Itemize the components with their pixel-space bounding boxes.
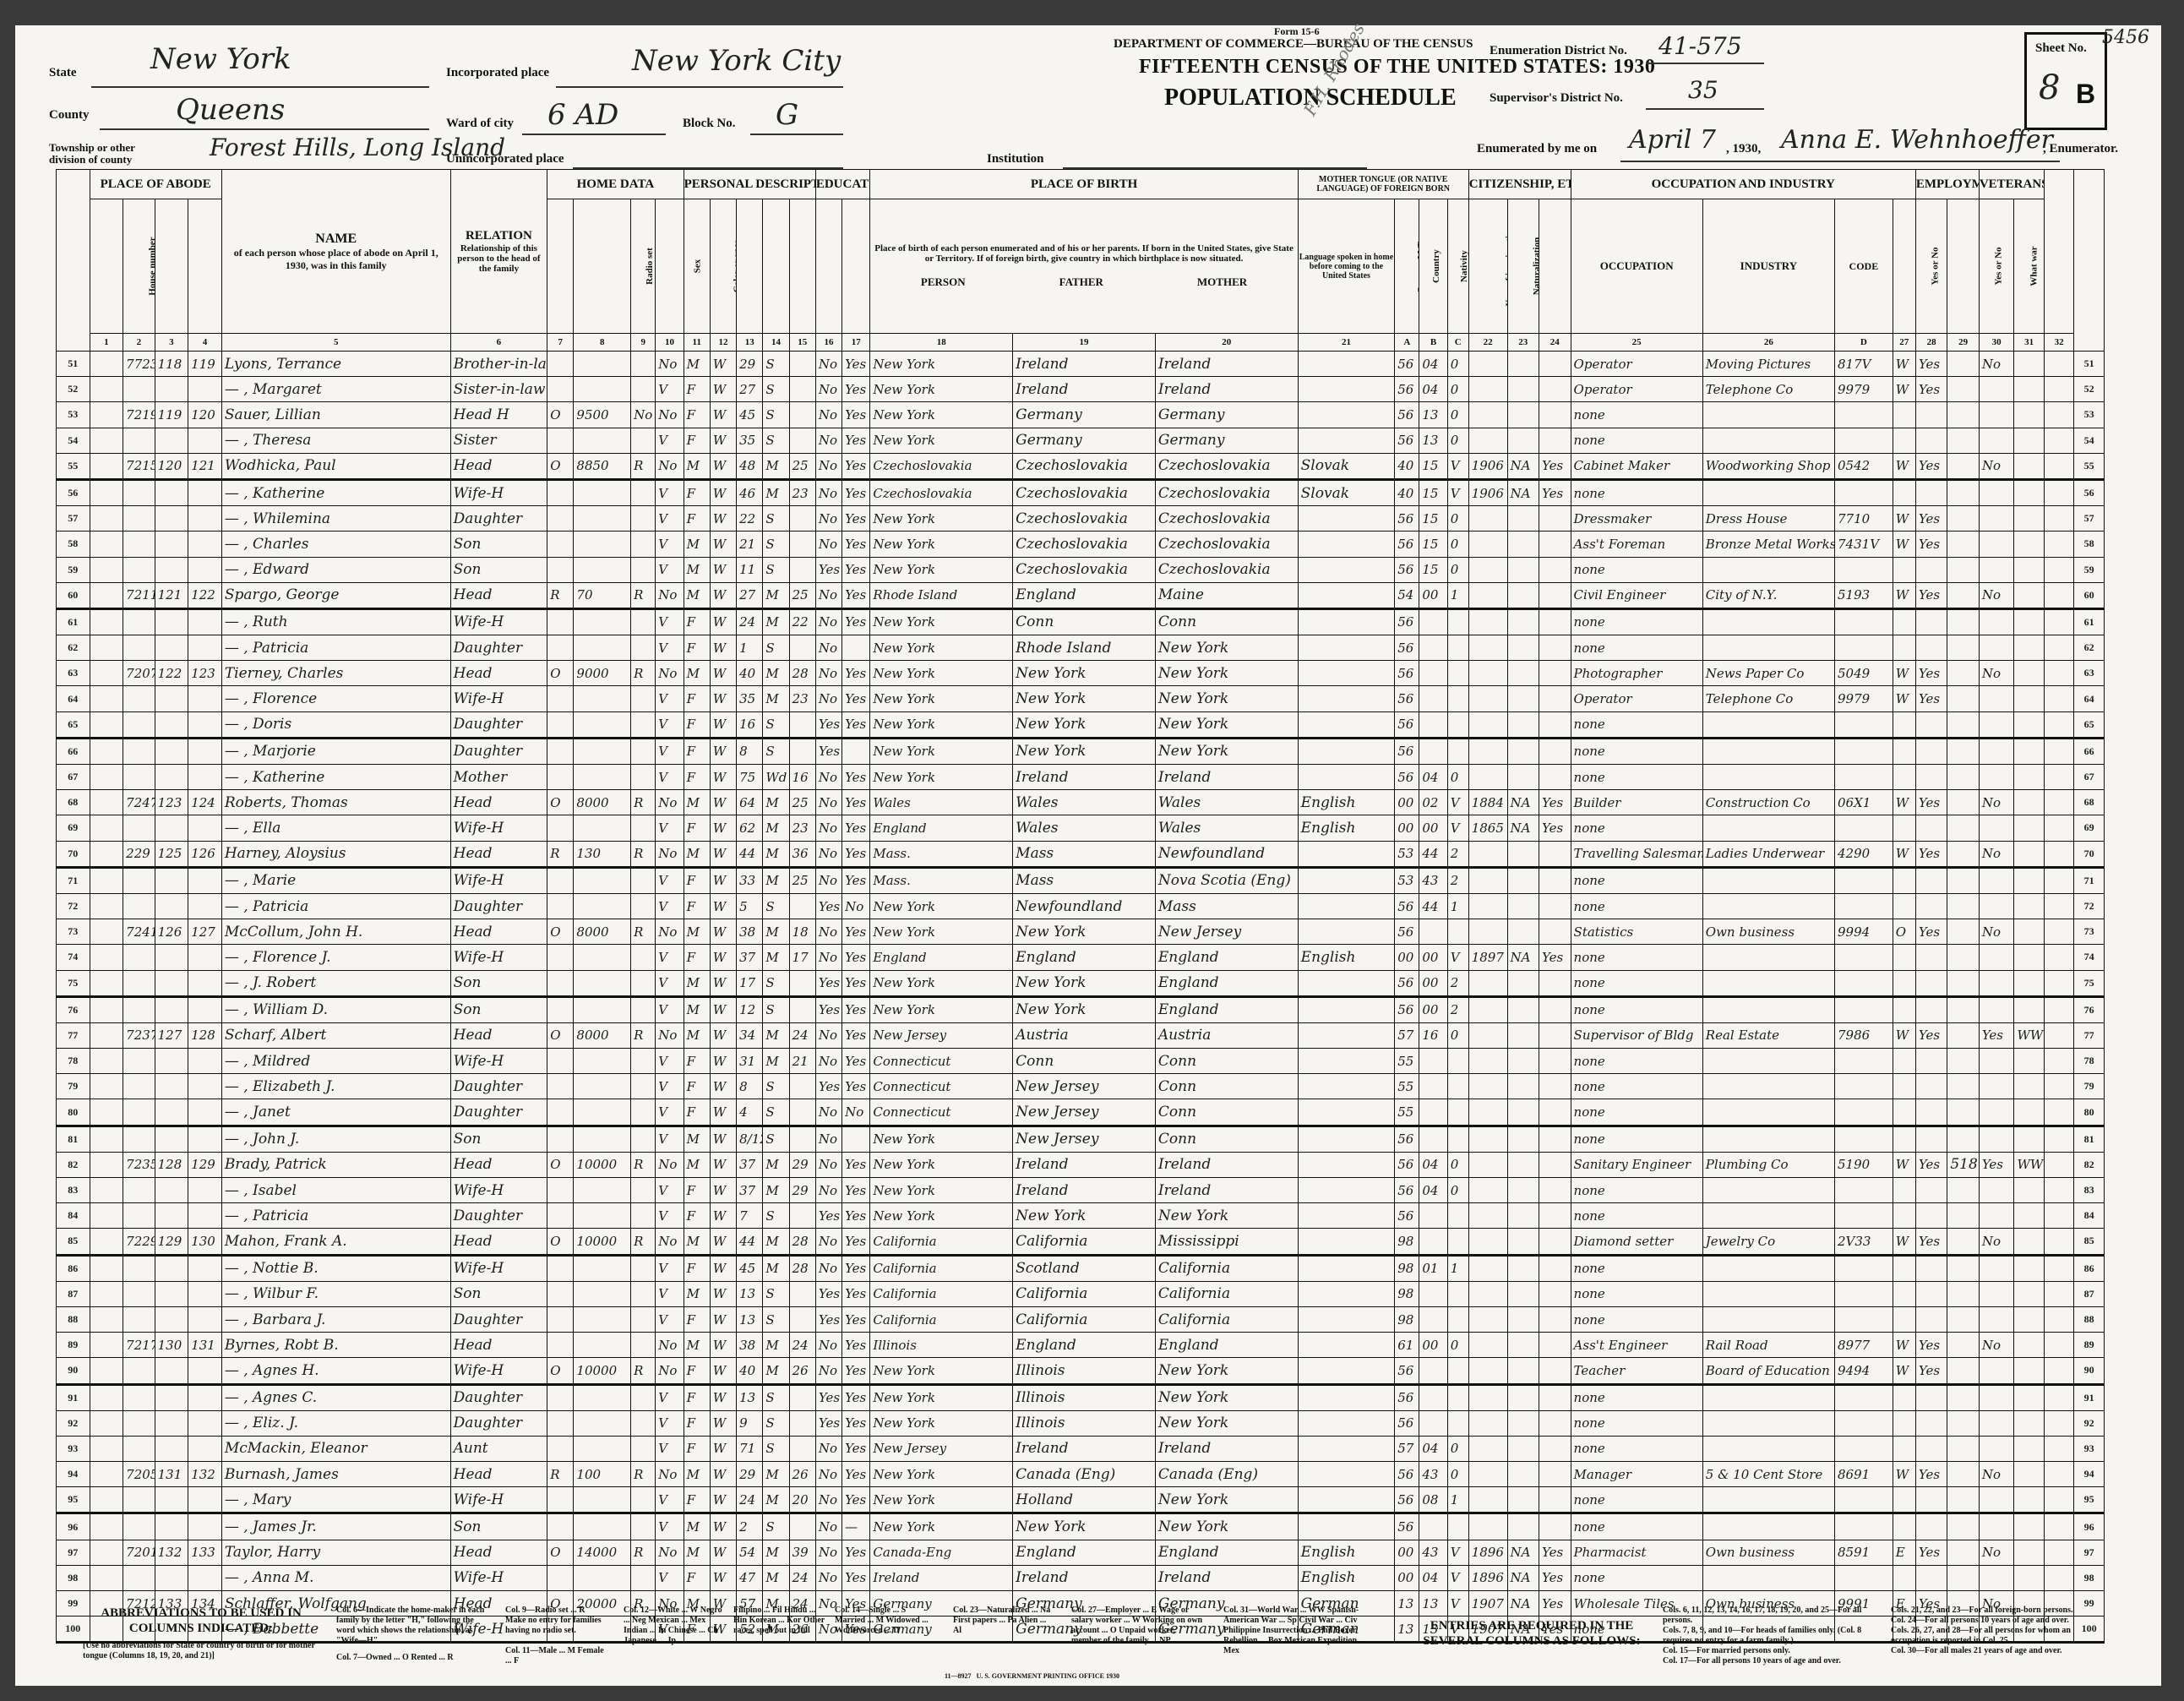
cell-farmsch [2044, 815, 2073, 841]
header-occupation: OCCUPATION [1571, 199, 1702, 334]
township-label: Township or other division of county [49, 142, 150, 166]
table-row: 91— , Agnes C.DaughterVFW13SYesYesNew Yo… [57, 1384, 2105, 1410]
cell-nat [1507, 1099, 1539, 1126]
cell-age: 4 [737, 1099, 763, 1126]
cell-pob: New York [870, 402, 1013, 428]
cell-read: Yes [842, 815, 870, 841]
line-number: 66 [57, 738, 90, 764]
cell-work [1915, 1513, 1947, 1540]
cell-sex: F [684, 428, 710, 453]
cell-dwelling [155, 377, 188, 402]
cell-war [2014, 1049, 2044, 1074]
cell-fpob: Conn [1013, 608, 1156, 635]
cell-imm [1468, 1126, 1507, 1152]
cell-c [1447, 686, 1468, 711]
cell-fpob: New York [1013, 1513, 1156, 1540]
line-number: 52 [57, 377, 90, 402]
cell-age: 35 [737, 428, 763, 453]
cell-street [90, 893, 123, 919]
cell-tongue: English [1298, 790, 1395, 815]
cell-eng [1539, 1049, 1571, 1074]
cell-sex: F [684, 893, 710, 919]
cell-nat [1507, 1152, 1539, 1177]
cell-occ: none [1571, 1513, 1702, 1540]
cell-tongue [1298, 402, 1395, 428]
cell-marital: M [763, 1565, 789, 1590]
column-number: 5 [221, 334, 450, 352]
cell-own [547, 557, 574, 582]
cell-sex: F [684, 635, 710, 661]
cell-race: W [710, 945, 736, 970]
cell-work: Yes [1915, 1358, 1947, 1384]
cell-sex: F [684, 1358, 710, 1384]
cell-sex: F [684, 608, 710, 635]
cell-b: 04 [1419, 1152, 1447, 1177]
cell-value [574, 1049, 631, 1074]
cell-farm: V [656, 893, 684, 919]
cell-mpob: Conn [1155, 1074, 1298, 1099]
cell-street [90, 945, 123, 970]
cell-school: No [815, 1229, 841, 1255]
cell-age: 8 [737, 738, 763, 764]
cell-house [123, 1565, 155, 1590]
cell-line29 [1947, 893, 1979, 919]
cell-street [90, 711, 123, 738]
cell-farm: V [656, 1178, 684, 1203]
cell-occ: none [1571, 1410, 1702, 1436]
cell-eng [1539, 1333, 1571, 1358]
cell-age: 54 [737, 1540, 763, 1565]
cell-marital: S [763, 1306, 789, 1332]
cell-farmsch [2044, 532, 2073, 557]
cell-work [1915, 1306, 1947, 1332]
cell-ind: Bronze Metal Works [1702, 532, 1834, 557]
cell-cls [1893, 1513, 1915, 1540]
cell-work [1915, 1178, 1947, 1203]
cell-war [2014, 635, 2044, 661]
line-number: 88 [57, 1306, 90, 1332]
cell-own [547, 506, 574, 532]
cell-read: Yes [842, 1152, 870, 1177]
cell-street [90, 1462, 123, 1487]
cell-race: W [710, 402, 736, 428]
cell-farmsch [2044, 738, 2073, 764]
line-number-right: 55 [2074, 453, 2105, 479]
cell-school: No [815, 352, 841, 377]
cell-work: Yes [1915, 919, 1947, 945]
cell-sex: M [684, 841, 710, 867]
cell-name: — , Agnes C. [221, 1384, 450, 1410]
column-number: 14 [763, 334, 789, 352]
cell-b: 04 [1419, 1436, 1447, 1461]
line-number-right: 89 [2074, 1333, 2105, 1358]
cell-pob: New York [870, 428, 1013, 453]
cell-c [1447, 1384, 1468, 1410]
cell-occ: Operator [1571, 377, 1702, 402]
enumeration-year: , 1930, [1726, 142, 1761, 156]
cell-tongue [1298, 738, 1395, 764]
line-number: 79 [57, 1074, 90, 1099]
cell-tongue [1298, 1410, 1395, 1436]
cell-farmsch [2044, 608, 2073, 635]
cell-family [188, 557, 222, 582]
cell-agemar [789, 1074, 815, 1099]
table-row: 65— , DorisDaughterVFW16SYesYesNew YorkN… [57, 711, 2105, 738]
cell-ind [1702, 557, 1834, 582]
cell-ind: 5 & 10 Cent Store [1702, 1462, 1834, 1487]
column-number: 23 [1507, 334, 1539, 352]
cell-war [2014, 738, 2044, 764]
cell-own [547, 1281, 574, 1306]
cell-dwelling [155, 1049, 188, 1074]
cell-house [123, 970, 155, 996]
cell-war [2014, 532, 2044, 557]
cell-war: WW [2014, 1152, 2044, 1177]
line-number-right: 68 [2074, 790, 2105, 815]
cell-school: No [815, 1565, 841, 1590]
cell-name: — , James Jr. [221, 1513, 450, 1540]
cell-a: 00 [1395, 790, 1419, 815]
cell-pob: Connecticut [870, 1074, 1013, 1099]
cell-farmsch [2044, 479, 2073, 505]
line-number: 67 [57, 765, 90, 790]
cell-age: 16 [737, 711, 763, 738]
cell-race: W [710, 1022, 736, 1048]
cell-read: Yes [842, 1462, 870, 1487]
cell-value [574, 1255, 631, 1281]
cell-relation: Wife-H [450, 1565, 547, 1590]
cell-race: W [710, 996, 736, 1022]
cell-farm: No [656, 919, 684, 945]
line-number: 61 [57, 608, 90, 635]
cell-sex: F [684, 815, 710, 841]
cell-pob: Connecticut [870, 1049, 1013, 1074]
cell-ind [1702, 1306, 1834, 1332]
cell-pob: New York [870, 661, 1013, 686]
line-number-right: 85 [2074, 1229, 2105, 1255]
cell-school: No [815, 377, 841, 402]
cell-vet [1979, 1281, 2014, 1306]
line-number-right: 59 [2074, 557, 2105, 582]
cell-c: V [1447, 479, 1468, 505]
table-row: 79— , Elizabeth J.DaughterVFW8SYesYesCon… [57, 1074, 2105, 1099]
entries-left: Cols. 6, 11, 12, 13, 14, 16, 17, 18, 19,… [1663, 1606, 1874, 1666]
cell-family [188, 1099, 222, 1126]
cell-code: 7431V [1835, 532, 1893, 557]
cell-work [1915, 1203, 1947, 1229]
cell-street [90, 1306, 123, 1332]
cell-code: 7710 [1835, 506, 1893, 532]
cell-value: 8850 [574, 453, 631, 479]
cell-mpob: Czechoslovakia [1155, 479, 1298, 505]
cell-work [1915, 402, 1947, 428]
cell-street [90, 1255, 123, 1281]
cell-a: 61 [1395, 1333, 1419, 1358]
cell-vet [1979, 1099, 2014, 1126]
cell-nat [1507, 1306, 1539, 1332]
cell-nat [1507, 635, 1539, 661]
line-number-right: 63 [2074, 661, 2105, 686]
cell-relation: Wife-H [450, 1255, 547, 1281]
cell-marital: M [763, 1358, 789, 1384]
cell-radio [631, 765, 656, 790]
cell-value [574, 686, 631, 711]
cell-line29 [1947, 945, 1979, 970]
cell-b: 00 [1419, 945, 1447, 970]
cell-line29 [1947, 1462, 1979, 1487]
cell-sex: M [684, 1152, 710, 1177]
cell-war [2014, 841, 2044, 867]
cell-race: W [710, 1126, 736, 1152]
cell-radio [631, 1203, 656, 1229]
line-number: 71 [57, 867, 90, 893]
cell-c [1447, 1358, 1468, 1384]
state-value: New York [150, 42, 291, 76]
cell-c: 0 [1447, 1178, 1468, 1203]
column-number: 19 [1013, 334, 1156, 352]
cell-b: 00 [1419, 970, 1447, 996]
cell-pob: England [870, 815, 1013, 841]
cell-cls [1893, 1203, 1915, 1229]
cell-line29 [1947, 1306, 1979, 1332]
cell-tongue [1298, 1333, 1395, 1358]
line-number: 97 [57, 1540, 90, 1565]
cell-sex: M [684, 1462, 710, 1487]
cell-school: No [815, 1022, 841, 1048]
cell-line29 [1947, 1540, 1979, 1565]
cell-farmsch [2044, 1410, 2073, 1436]
cell-pob: New York [870, 1358, 1013, 1384]
cell-vet: No [1979, 352, 2014, 377]
cell-agemar [789, 738, 815, 764]
cell-relation: Wife-H [450, 1178, 547, 1203]
cell-cls [1893, 1565, 1915, 1590]
cell-c [1447, 1126, 1468, 1152]
cell-relation: Wife-H [450, 1487, 547, 1513]
cell-street [90, 686, 123, 711]
cell-c: 0 [1447, 1152, 1468, 1177]
cell-c [1447, 1229, 1468, 1255]
cell-farmsch [2044, 711, 2073, 738]
cell-race: W [710, 428, 736, 453]
cell-dwelling [155, 945, 188, 970]
cell-school: No [815, 1099, 841, 1126]
line-number-right: 88 [2074, 1306, 2105, 1332]
cell-fpob: Conn [1013, 1049, 1156, 1074]
cell-school: No [815, 661, 841, 686]
header-dwelling: Number of dwelling house in order of vis… [155, 199, 188, 334]
cell-sex: F [684, 945, 710, 970]
cell-read: Yes [842, 1333, 870, 1358]
cell-age: 71 [737, 1436, 763, 1461]
table-row: 827235128129Brady, PatrickHeadO10000RNoM… [57, 1152, 2105, 1177]
cell-name: Roberts, Thomas [221, 790, 450, 815]
cell-race: W [710, 1306, 736, 1332]
cell-mpob: Conn [1155, 608, 1298, 635]
cell-radio [631, 557, 656, 582]
cell-fpob: Ireland [1013, 1436, 1156, 1461]
cell-vet [1979, 1410, 2014, 1436]
cell-occ: none [1571, 402, 1702, 428]
cell-tongue [1298, 1203, 1395, 1229]
cell-marital: M [763, 945, 789, 970]
line-number: 85 [57, 1229, 90, 1255]
cell-school: Yes [815, 996, 841, 1022]
cell-value [574, 738, 631, 764]
cell-occ: Sanitary Engineer [1571, 1152, 1702, 1177]
cell-radio: R [631, 1462, 656, 1487]
cell-marital: S [763, 1281, 789, 1306]
cell-relation: Wife-H [450, 945, 547, 970]
cell-own: O [547, 919, 574, 945]
table-row: 537219119120Sauer, LillianHead HO9500NoN… [57, 402, 2105, 428]
cell-family: 121 [188, 453, 222, 479]
cell-dwelling [155, 1436, 188, 1461]
line-number: 56 [57, 479, 90, 505]
cell-relation: Head [450, 661, 547, 686]
cell-line29 [1947, 661, 1979, 686]
cell-name: McCollum, John H. [221, 919, 450, 945]
cell-relation: Head H [450, 402, 547, 428]
cell-line29 [1947, 1099, 1979, 1126]
cell-own [547, 1487, 574, 1513]
cell-name: Byrnes, Robt B. [221, 1333, 450, 1358]
cell-read: Yes [842, 867, 870, 893]
cell-agemar [789, 1306, 815, 1332]
table-row: 71— , MarieWife-HVFW33M25NoYesMass.MassN… [57, 867, 2105, 893]
line-number-right: 80 [2074, 1099, 2105, 1126]
cell-family [188, 867, 222, 893]
cell-line29 [1947, 815, 1979, 841]
cell-fpob: Canada (Eng) [1013, 1462, 1156, 1487]
cell-fpob: Germany [1013, 402, 1156, 428]
line-number: 74 [57, 945, 90, 970]
cell-marital: M [763, 686, 789, 711]
cell-c [1447, 1306, 1468, 1332]
cell-radio [631, 428, 656, 453]
table-row: 57— , WhileminaDaughterVFW22SNoYesNew Yo… [57, 506, 2105, 532]
cell-vet [1979, 377, 2014, 402]
cell-imm [1468, 506, 1507, 532]
cell-nat [1507, 765, 1539, 790]
line-number-right: 83 [2074, 1178, 2105, 1203]
cell-house: 229 [123, 841, 155, 867]
cell-occ: none [1571, 1203, 1702, 1229]
cell-read: Yes [842, 765, 870, 790]
cell-street [90, 1229, 123, 1255]
cell-line29 [1947, 1178, 1979, 1203]
column-number: 17 [842, 334, 870, 352]
cell-name: Taylor, Harry [221, 1540, 450, 1565]
cell-occ: none [1571, 1178, 1702, 1203]
cell-value [574, 506, 631, 532]
cell-marital: S [763, 428, 789, 453]
cell-farm: V [656, 815, 684, 841]
cell-a: 56 [1395, 608, 1419, 635]
cell-nat [1507, 532, 1539, 557]
cell-name: — , J. Robert [221, 970, 450, 996]
cell-age: 45 [737, 1255, 763, 1281]
institution-label: Institution [987, 152, 1044, 166]
cell-house [123, 1281, 155, 1306]
cell-read: Yes [842, 506, 870, 532]
cell-age: 35 [737, 686, 763, 711]
cell-c: 2 [1447, 841, 1468, 867]
cell-house [123, 893, 155, 919]
cell-radio [631, 815, 656, 841]
cell-dwelling [155, 1126, 188, 1152]
cell-c [1447, 1281, 1468, 1306]
cell-school: No [815, 919, 841, 945]
cell-ind [1702, 1074, 1834, 1099]
cell-b: 16 [1419, 1022, 1447, 1048]
cell-agemar: 36 [789, 841, 815, 867]
line-number-right: 53 [2074, 402, 2105, 428]
cell-read: Yes [842, 1540, 870, 1565]
cell-farmsch [2044, 867, 2073, 893]
cell-house [123, 1255, 155, 1281]
cell-war [2014, 1126, 2044, 1152]
cell-value [574, 1178, 631, 1203]
cell-b: 00 [1419, 1333, 1447, 1358]
cell-race: W [710, 841, 736, 867]
cell-agemar: 39 [789, 1540, 815, 1565]
cell-pob: New York [870, 1152, 1013, 1177]
cell-relation: Wife-H [450, 608, 547, 635]
cell-marital: S [763, 557, 789, 582]
cell-family: 130 [188, 1229, 222, 1255]
cell-line29 [1947, 1333, 1979, 1358]
cell-fpob: New Jersey [1013, 1074, 1156, 1099]
table-row: 56— , KatherineWife-HVFW46M23NoYesCzecho… [57, 479, 2105, 505]
cell-occ: none [1571, 1049, 1702, 1074]
table-row: 75— , J. RobertSonVMW17SYesYesNew YorkNe… [57, 970, 2105, 996]
cell-street [90, 1410, 123, 1436]
cell-cls [1893, 1281, 1915, 1306]
cell-agemar: 20 [789, 1487, 815, 1513]
cell-vet [1979, 1436, 2014, 1461]
cell-cls [1893, 635, 1915, 661]
cell-nat [1507, 1333, 1539, 1358]
cell-a: 98 [1395, 1281, 1419, 1306]
cell-fpob: Mass [1013, 841, 1156, 867]
cell-war [2014, 661, 2044, 686]
cell-agemar [789, 893, 815, 919]
cell-street [90, 970, 123, 996]
cell-agemar [789, 1099, 815, 1126]
cell-vet [1979, 1255, 2014, 1281]
cell-agemar: 16 [789, 765, 815, 790]
cell-tongue [1298, 893, 1395, 919]
cell-nat: NA [1507, 945, 1539, 970]
cell-ind [1702, 738, 1834, 764]
cell-a: 56 [1395, 1152, 1419, 1177]
cell-radio [631, 377, 656, 402]
cell-read: Yes [842, 1281, 870, 1306]
cell-age: 33 [737, 867, 763, 893]
cell-work [1915, 1255, 1947, 1281]
cell-marital: S [763, 1203, 789, 1229]
cell-value [574, 635, 631, 661]
cell-pob: New York [870, 711, 1013, 738]
cell-house: 7217 [123, 1333, 155, 1358]
cell-war [2014, 815, 2044, 841]
state-label: State [49, 66, 77, 80]
cell-age: 2 [737, 1513, 763, 1540]
ed-label: Enumeration District No. [1490, 44, 1627, 58]
cell-fpob: Mass [1013, 867, 1156, 893]
cell-code: 06X1 [1835, 790, 1893, 815]
